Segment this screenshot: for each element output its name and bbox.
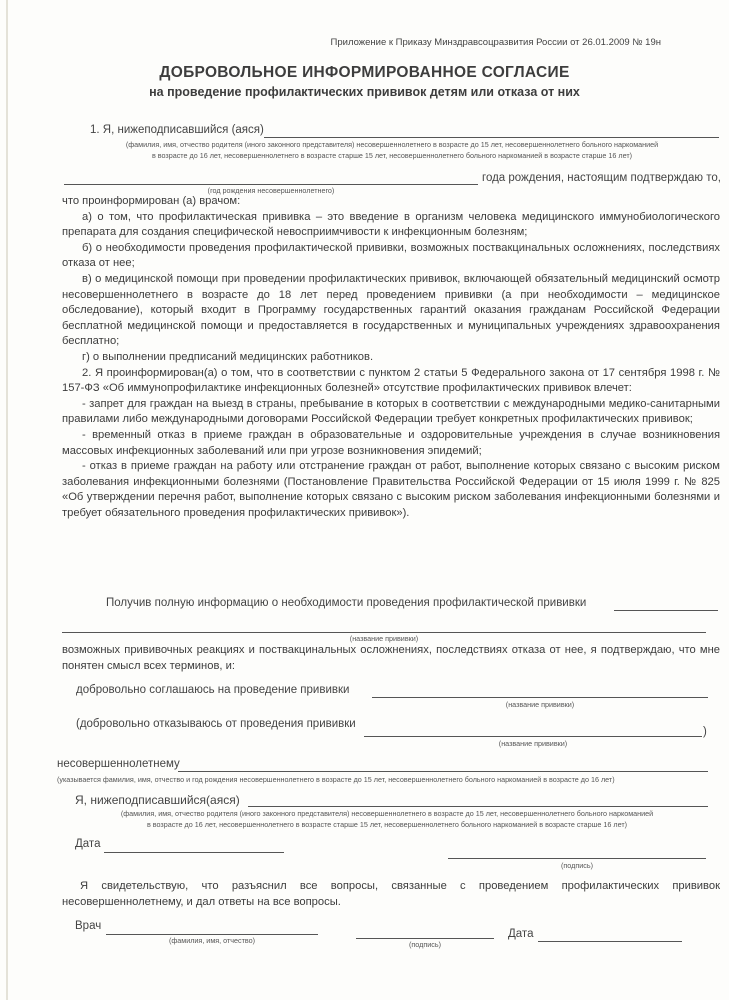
scan-edge (6, 0, 8, 1000)
doctor-name-caption: (фамилия, имя, отчество) (106, 936, 318, 945)
item-b: б) о необходимости проведения профилакти… (62, 241, 720, 272)
signature-field[interactable] (448, 858, 706, 859)
vaccine-name-caption: (название прививки) (62, 634, 706, 643)
refuse-label: (добровольно отказываюсь от проведения п… (76, 718, 356, 730)
consequence-3: - отказ в приеме граждан на работу или о… (62, 459, 720, 521)
informed-by-doctor: что проинформирован (а) врачом: (62, 194, 720, 210)
parent-name-field[interactable] (264, 137, 719, 138)
signer-caption-1: (фамилия, имя, отчество родителя (иного … (57, 809, 717, 819)
consequence-2: - временный отказ в приеме граждан в обр… (62, 428, 720, 459)
minor-name-field[interactable] (178, 771, 708, 772)
date-field[interactable] (104, 852, 284, 853)
minor-label: несовершеннолетнему (57, 758, 180, 770)
consequence-1: - запрет для граждан на выезд в страны, … (62, 397, 720, 428)
refuse-close-paren: ) (703, 726, 707, 738)
signer-lead: Я, нижеподписавшийся(аяся) (75, 793, 240, 807)
doctor-name-field[interactable] (106, 934, 318, 935)
item-v: в) о медицинской помощи при проведении п… (62, 272, 720, 350)
parent-name-caption-1: (фамилия, имя, отчество родителя (иного … (62, 140, 722, 150)
appendix-note: Приложение к Приказу Минздравсоцразвития… (331, 37, 661, 48)
doctor-signature-field[interactable] (356, 938, 494, 939)
signature-caption: (подпись) (448, 861, 706, 870)
document-title: ДОБРОВОЛЬНОЕ ИНФОРМИРОВАННОЕ СОГЛАСИЕ (0, 64, 729, 82)
section1-body: что проинформирован (а) врачом: а) о том… (62, 194, 720, 521)
section2-lead: 2. Я проинформирован(а) о том, что в соо… (62, 366, 720, 397)
agree-vaccine-field[interactable] (372, 697, 708, 698)
doctor-signature-caption: (подпись) (356, 940, 494, 949)
agree-vaccine-caption: (название прививки) (372, 700, 708, 709)
item-g: г) о выполнении предписаний медицинских … (62, 350, 720, 366)
minor-name-caption: (указывается фамилия, имя, отчество и го… (57, 775, 717, 785)
doctor-date-label: Дата (508, 928, 533, 940)
agree-label: добровольно соглашаюсь на проведение при… (76, 684, 349, 696)
vaccine-name-field-1[interactable] (614, 610, 718, 611)
date-label: Дата (75, 838, 100, 850)
reactions-text: возможных прививочных реакциях и поствак… (62, 643, 720, 674)
received-info-text: Получив полную информацию о необходимост… (106, 597, 586, 609)
refuse-vaccine-field[interactable] (364, 736, 702, 737)
parent-name-caption-2: в возрасте до 16 лет, несовершеннолетнег… (62, 151, 722, 161)
birth-year-field[interactable] (64, 184, 478, 185)
section1-lead: 1. Я, нижеподписавшийся (аяся) (90, 124, 264, 136)
doctor-date-field[interactable] (538, 941, 682, 942)
signer-name-field[interactable] (248, 806, 708, 807)
item-a: а) о том, что профилактическая прививка … (62, 210, 720, 241)
signer-caption-2: в возрасте до 16 лет, несовершеннолетнег… (57, 820, 717, 830)
birth-year-suffix: года рождения, настоящим подтверждаю то, (482, 172, 721, 184)
refuse-vaccine-caption: (название прививки) (364, 739, 702, 748)
doctor-label: Врач (75, 920, 101, 932)
document-subtitle: на проведение профилактических прививок … (0, 85, 729, 99)
doctor-certify-text: Я свидетельствую, что разъяснил все вопр… (62, 879, 720, 910)
vaccine-name-field-2[interactable] (62, 632, 706, 633)
